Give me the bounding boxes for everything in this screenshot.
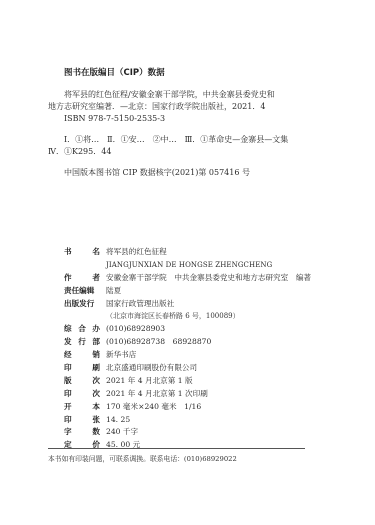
- cip-subject-line-1: Ⅰ．①将… Ⅱ．①安… ②中… Ⅲ．①革命史—金寨县—文集: [64, 134, 288, 146]
- seller: 新华书店: [102, 349, 136, 362]
- colophon-label: 发行部: [64, 336, 102, 349]
- cip-number: 中国版本图书馆 CIP 数据核字(2021)第 057416 号: [64, 167, 250, 179]
- colophon-label: 印次: [64, 388, 102, 401]
- book-title-pinyin: JIANGJUNXIAN DE HONGSE ZHENGCHENG: [102, 259, 272, 272]
- format: 170 毫米×240 毫米 1/16: [102, 401, 201, 414]
- colophon-label: 书名: [64, 246, 102, 259]
- footnote: 本书如有印装问题，可联系调换。联系电话：(010)68929022: [48, 453, 237, 463]
- cip-title-line: 将军县的红色征程/安徽金寨干部学院，中共金寨县委党史和: [64, 89, 275, 101]
- edition: 2021 年 4 月北京第 1 版: [102, 375, 193, 388]
- colophon-row-pinyin: JIANGJUNXIAN DE HONGSE ZHENGCHENG: [64, 259, 324, 272]
- cip-publisher-line: 地方志研究室编著．—北京：国家行政学院出版社，2021．4: [48, 101, 265, 113]
- colophon-label: 综合办: [64, 323, 102, 336]
- distribution-phone: (010)68928738 68928870: [102, 336, 211, 349]
- colophon-row-seller: 经销 新华书店: [64, 349, 324, 362]
- printed-sheets: 14. 25: [102, 414, 130, 427]
- colophon-label: 责任编辑: [64, 285, 102, 298]
- cip-isbn: ISBN 978-7-5150-2535-3: [64, 113, 165, 125]
- colophon-row-title: 书名 将军县的红色征程: [64, 246, 324, 259]
- publisher: 国家行政管理出版社: [102, 298, 174, 311]
- colophon-label: 开本: [64, 401, 102, 414]
- printer: 北京盛通印刷股份有限公司: [102, 362, 197, 375]
- editor: 陆夏: [102, 285, 121, 298]
- colophon-row-publisher: 出版发行 国家行政管理出版社: [64, 298, 324, 311]
- colophon-row-author: 作者 安徽金寨干部学院 中共金寨县委党史和地方志研究室 编著: [64, 272, 324, 285]
- colophon-row-office: 综合办 (010)68928903: [64, 323, 324, 336]
- colophon-label: 印刷: [64, 362, 102, 375]
- cip-heading: 图书在版编目（CIP）数据: [64, 66, 165, 78]
- colophon-row-wordcount: 字数 240 千字: [64, 426, 324, 439]
- cip-subject-line-2: Ⅳ．①K295．44: [48, 146, 111, 158]
- colophon-row-editor: 责任编辑 陆夏: [64, 285, 324, 298]
- colophon-label: 经销: [64, 349, 102, 362]
- colophon-label: 作者: [64, 272, 102, 285]
- divider-rule: [48, 448, 305, 449]
- colophon-row-sheets: 印张 14. 25: [64, 414, 324, 427]
- printing: 2021 年 4 月北京第 1 次印刷: [102, 388, 208, 401]
- colophon-table: 书名 将军县的红色征程 JIANGJUNXIAN DE HONGSE ZHENG…: [64, 246, 324, 452]
- colophon-label: 版次: [64, 375, 102, 388]
- word-count: 240 千字: [102, 426, 138, 439]
- colophon-label: 印张: [64, 414, 102, 427]
- colophon-label: 定价: [64, 439, 102, 452]
- price: 45. 00 元: [102, 439, 140, 452]
- colophon-label: 字数: [64, 426, 102, 439]
- colophon-row-distribution: 发行部 (010)68928738 68928870: [64, 336, 324, 349]
- colophon-row-printing: 印次 2021 年 4 月北京第 1 次印刷: [64, 388, 324, 401]
- colophon-row-address: （北京市海淀区长春桥路 6 号，100089）: [64, 310, 324, 323]
- colophon-row-printer: 印刷 北京盛通印刷股份有限公司: [64, 362, 324, 375]
- colophon-label: 出版发行: [64, 298, 102, 311]
- colophon-row-format: 开本 170 毫米×240 毫米 1/16: [64, 401, 324, 414]
- publisher-address: （北京市海淀区长春桥路 6 号，100089）: [102, 310, 240, 323]
- office-phone: (010)68928903: [102, 323, 165, 336]
- author: 安徽金寨干部学院 中共金寨县委党史和地方志研究室 编著: [102, 272, 311, 285]
- colophon-row-price: 定价 45. 00 元: [64, 439, 324, 452]
- colophon-row-edition: 版次 2021 年 4 月北京第 1 版: [64, 375, 324, 388]
- book-title: 将军县的红色征程: [102, 246, 167, 259]
